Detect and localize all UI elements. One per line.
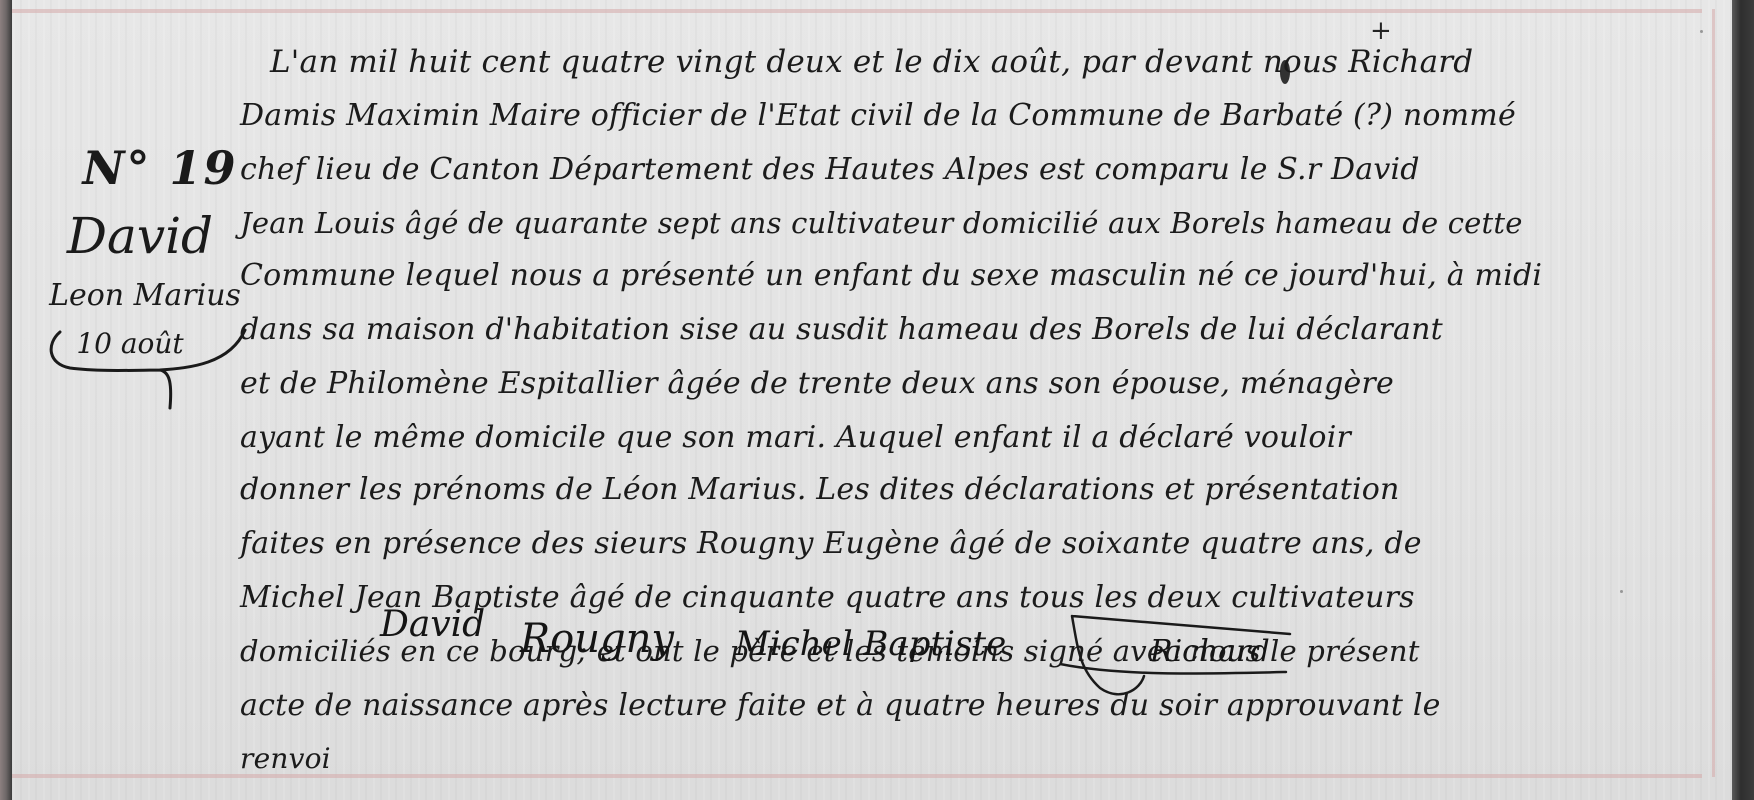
record-line-5: Commune lequel nous a présenté un enfant… [240,258,1542,293]
signature-witness-2: Michel Baptiste [735,624,1006,664]
record-line-8: ayant le même domicile que son mari. Auq… [240,420,1351,455]
right-margin-rule [1712,9,1715,777]
record-line-9: donner les prénoms de Léon Marius. Les d… [240,472,1400,507]
entry-number: N° 19 [50,140,270,196]
top-margin-rule [12,9,1702,13]
margin-given-names: Leon Marius [20,274,270,318]
right-binding-edge [1732,0,1754,800]
record-line-6: dans sa maison d'habitation sise au susd… [240,312,1443,347]
margin-annotation: N° 19 David Leon Marius 10 août [30,140,270,404]
left-binding-edge [0,0,12,800]
signature-witness-1: Rougny [520,616,674,662]
brace-flourish-icon [40,324,270,414]
record-line-10: faites en présence des sieurs Rougny Eug… [240,526,1422,561]
record-line-7: et de Philomène Espitallier âgée de tren… [240,366,1394,401]
record-line-1: L'an mil huit cent quatre vingt deux et … [270,44,1473,80]
paper-speck [1620,590,1623,593]
record-line-4: Jean Louis âgé de quarante sept ans cult… [240,206,1523,240]
margin-date-block: 10 août [30,324,270,404]
signature-father: David [380,604,485,645]
paper-speck [1290,700,1293,703]
document-page: N° 19 David Leon Marius 10 août + L'an m… [0,0,1754,800]
margin-surname: David [30,202,250,270]
paper-speck [1700,30,1703,33]
signature-officer: Richard [1150,634,1270,669]
record-line-14: renvoi [240,742,331,775]
insertion-mark: + [1370,16,1392,46]
record-line-3: chef lieu de Canton Département des Haut… [240,152,1420,187]
record-line-2: Damis Maximin Maire officier de l'Etat c… [240,98,1516,133]
